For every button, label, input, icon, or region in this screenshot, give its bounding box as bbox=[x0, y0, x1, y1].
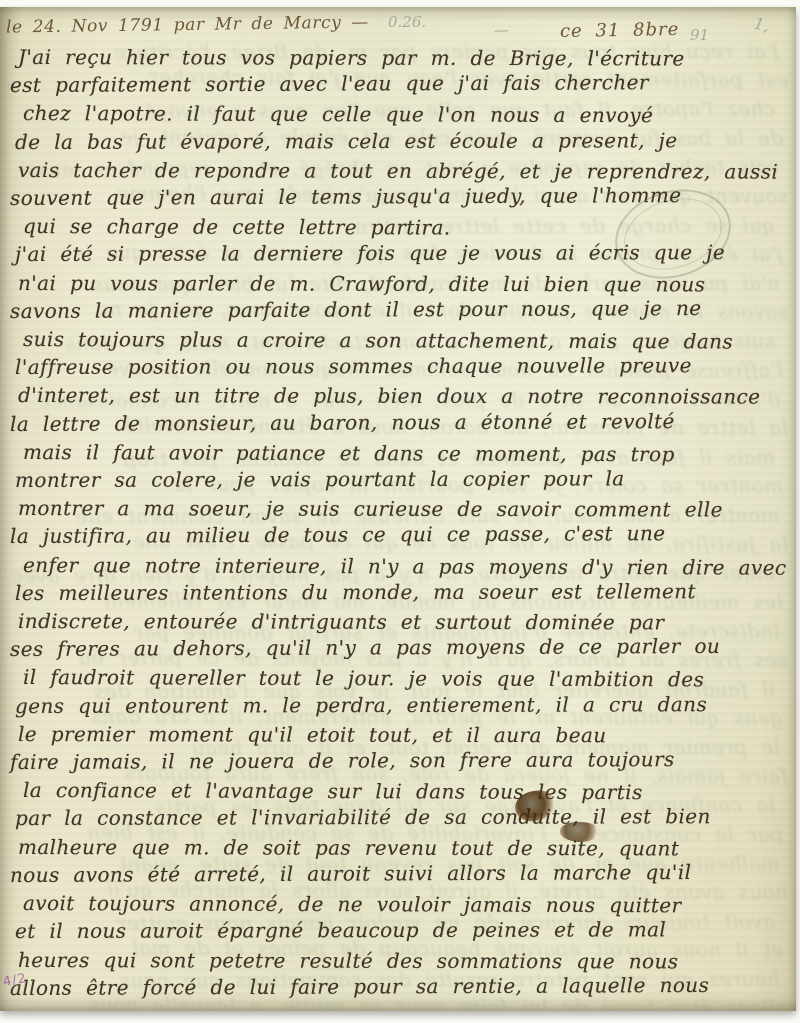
pencil-dash-mark: — bbox=[494, 21, 512, 40]
manuscript-line: par la constance et l'invariabilité de s… bbox=[15, 802, 794, 832]
letter-date-note: ce 31 8bre bbox=[560, 19, 680, 42]
manuscript-line: est parfaitement sortie avec l'eau que j… bbox=[10, 68, 794, 100]
manuscript-line: gens qui entourent m. le perdra, entiere… bbox=[15, 690, 794, 720]
manuscript-line: ses freres au dehors, qu'il n'y a pas mo… bbox=[10, 632, 794, 664]
manuscript-line: allons être forcé de lui faire pour sa r… bbox=[10, 970, 794, 1002]
manuscript-line: savons la maniere parfaite dont il est p… bbox=[10, 293, 794, 325]
manuscript-line: la lettre de monsieur, au baron, nous a … bbox=[10, 406, 794, 438]
letter-body: J'ai reçu hier tous vos papiers par m. d… bbox=[6, 43, 794, 1002]
pencil-year-note: 91 bbox=[690, 26, 709, 44]
manuscript-line: et il nous auroit épargné beaucoup de pe… bbox=[15, 915, 794, 945]
manuscript-line: de la bas fut évaporé, mais cela est éco… bbox=[15, 126, 794, 156]
manuscript-line: nous avons été arreté, il auroit suivi a… bbox=[10, 857, 794, 889]
pencil-page-note: 1, bbox=[752, 14, 771, 36]
manuscript-line: j'ai été si presse la derniere fois que … bbox=[15, 238, 794, 268]
corner-tick-mark: , bbox=[745, 1005, 765, 1011]
manuscript-line: montrer sa colere, je vais pourtant la c… bbox=[15, 464, 794, 494]
paper-sheet: J'ai reçu hier tous vos papiers par m. d… bbox=[0, 7, 796, 1011]
manuscript-line: souvent que j'en aurai le tems jusqu'a j… bbox=[10, 181, 794, 213]
manuscript-line: faire jamais, il ne jouera de role, son … bbox=[10, 745, 794, 777]
manuscript-line: la justifira, au milieu de tous ce qui c… bbox=[10, 519, 794, 551]
scanned-letter-page: J'ai reçu hier tous vos papiers par m. d… bbox=[0, 0, 800, 1023]
pencil-number-note: 0.26. bbox=[388, 13, 426, 31]
archivist-date-note: le 24. Nov 1791 par Mr de Marcy — bbox=[6, 12, 369, 37]
manuscript-line: les meilleures intentions du monde, ma s… bbox=[15, 577, 794, 607]
manuscript-line: l'affreuse position ou nous sommes chaqu… bbox=[15, 351, 794, 381]
